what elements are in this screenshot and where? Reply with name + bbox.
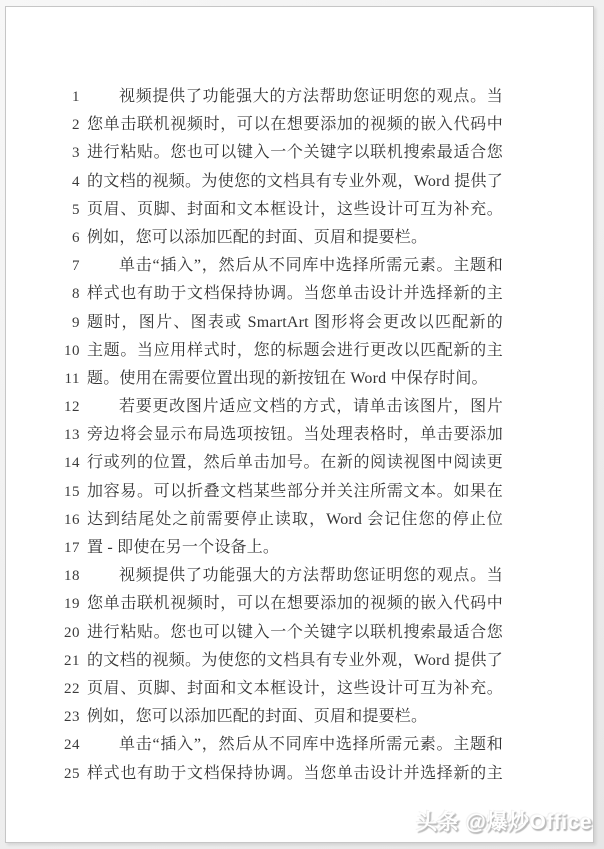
document-line: 23 例如，您可以添加匹配的封面、页眉和提要栏。 <box>6 703 593 731</box>
toutiao-watermark: 头条 @爆炒Office <box>416 806 592 836</box>
line-number: 10 <box>6 337 80 365</box>
line-text: 进行粘贴。您也可以键入一个关键字以联机搜索最适合您 <box>87 139 503 167</box>
line-number: 12 <box>6 393 80 421</box>
line-text: 主题。当应用样式时，您的标题会进行更改以匹配新的主 <box>87 337 503 365</box>
line-text: 进行粘贴。您也可以键入一个关键字以联机搜索最适合您 <box>87 619 503 647</box>
line-text: 样式也有助于文档保持协调。当您单击设计并选择新的主 <box>87 280 503 308</box>
document-line: 18 视频提供了功能强大的方法帮助您证明您的观点。当 <box>6 562 593 590</box>
line-number: 25 <box>6 760 80 788</box>
document-line: 11 题。使用在需要位置出现的新按钮在 Word 中保存时间。 <box>6 365 593 393</box>
document-line: 10 主题。当应用样式时，您的标题会进行更改以匹配新的主 <box>6 337 593 365</box>
line-number: 16 <box>6 506 80 534</box>
document-line: 9 题时，图片、图表或 SmartArt 图形将会更改以匹配新的 <box>6 309 593 337</box>
line-number: 19 <box>6 590 80 618</box>
line-number: 4 <box>6 168 80 196</box>
line-number: 13 <box>6 421 80 449</box>
document-line: 7 单击“插入”，然后从不同库中选择所需元素。主题和 <box>6 252 593 280</box>
document-line: 17 置 - 即使在另一个设备上。 <box>6 534 593 562</box>
line-number: 2 <box>6 111 80 139</box>
line-number: 3 <box>6 139 80 167</box>
line-text: 您单击联机视频时，可以在想要添加的视频的嵌入代码中 <box>87 111 503 139</box>
document-line: 22 页眉、页脚、封面和文本框设计，这些设计可互为补充。 <box>6 675 593 703</box>
document-line: 1 视频提供了功能强大的方法帮助您证明您的观点。当 <box>6 83 593 111</box>
document-line: 19 您单击联机视频时，可以在想要添加的视频的嵌入代码中 <box>6 590 593 618</box>
line-text: 若要更改图片适应文档的方式，请单击该图片，图片 <box>87 393 503 421</box>
document-line: 4 的文档的视频。为使您的文档具有专业外观，Word 提供了 <box>6 168 593 196</box>
document-line: 14 行或列的位置，然后单击加号。在新的阅读视图中阅读更 <box>6 449 593 477</box>
line-text: 页眉、页脚、封面和文本框设计，这些设计可互为补充。 <box>87 196 503 224</box>
line-number: 20 <box>6 619 80 647</box>
line-text: 单击“插入”，然后从不同库中选择所需元素。主题和 <box>87 252 503 280</box>
line-text: 您单击联机视频时，可以在想要添加的视频的嵌入代码中 <box>87 590 503 618</box>
line-text: 页眉、页脚、封面和文本框设计，这些设计可互为补充。 <box>87 675 503 703</box>
line-number: 9 <box>6 309 80 337</box>
document-line: 21 的文档的视频。为使您的文档具有专业外观，Word 提供了 <box>6 647 593 675</box>
line-text: 例如，您可以添加匹配的封面、页眉和提要栏。 <box>87 224 503 252</box>
line-text: 例如，您可以添加匹配的封面、页眉和提要栏。 <box>87 703 503 731</box>
line-number: 18 <box>6 562 80 590</box>
line-text: 旁边将会显示布局选项按钮。当处理表格时，单击要添加 <box>87 421 503 449</box>
line-text: 达到结尾处之前需要停止读取，Word 会记住您的停止位 <box>87 506 503 534</box>
line-text: 视频提供了功能强大的方法帮助您证明您的观点。当 <box>87 83 503 111</box>
line-number: 15 <box>6 478 80 506</box>
document-line: 16 达到结尾处之前需要停止读取，Word 会记住您的停止位 <box>6 506 593 534</box>
line-text: 的文档的视频。为使您的文档具有专业外观，Word 提供了 <box>87 647 503 675</box>
document-line: 20 进行粘贴。您也可以键入一个关键字以联机搜索最适合您 <box>6 619 593 647</box>
document-line: 13 旁边将会显示布局选项按钮。当处理表格时，单击要添加 <box>6 421 593 449</box>
document-line: 15 加容易。可以折叠文档某些部分并关注所需文本。如果在 <box>6 478 593 506</box>
document-line: 8 样式也有助于文档保持协调。当您单击设计并选择新的主 <box>6 280 593 308</box>
line-text: 行或列的位置，然后单击加号。在新的阅读视图中阅读更 <box>87 449 503 477</box>
line-text: 视频提供了功能强大的方法帮助您证明您的观点。当 <box>87 562 503 590</box>
line-number: 1 <box>6 83 80 111</box>
line-number: 14 <box>6 449 80 477</box>
line-text: 题时，图片、图表或 SmartArt 图形将会更改以匹配新的 <box>87 309 503 337</box>
line-number: 8 <box>6 280 80 308</box>
document-line: 2 您单击联机视频时，可以在想要添加的视频的嵌入代码中 <box>6 111 593 139</box>
document-line: 6 例如，您可以添加匹配的封面、页眉和提要栏。 <box>6 224 593 252</box>
line-number: 21 <box>6 647 80 675</box>
document-page: 1 视频提供了功能强大的方法帮助您证明您的观点。当 2 您单击联机视频时，可以在… <box>5 6 594 843</box>
line-text: 样式也有助于文档保持协调。当您单击设计并选择新的主 <box>87 760 503 788</box>
document-line: 25 样式也有助于文档保持协调。当您单击设计并选择新的主 <box>6 760 593 788</box>
line-text: 置 - 即使在另一个设备上。 <box>87 534 503 562</box>
line-number: 6 <box>6 224 80 252</box>
line-number: 5 <box>6 196 80 224</box>
line-number: 22 <box>6 675 80 703</box>
line-number: 23 <box>6 703 80 731</box>
line-text: 加容易。可以折叠文档某些部分并关注所需文本。如果在 <box>87 478 503 506</box>
document-line: 12 若要更改图片适应文档的方式，请单击该图片，图片 <box>6 393 593 421</box>
document-line: 3 进行粘贴。您也可以键入一个关键字以联机搜索最适合您 <box>6 139 593 167</box>
document-line: 24 单击“插入”，然后从不同库中选择所需元素。主题和 <box>6 731 593 759</box>
line-number: 24 <box>6 731 80 759</box>
line-number: 11 <box>6 365 80 393</box>
line-number: 17 <box>6 534 80 562</box>
line-text: 的文档的视频。为使您的文档具有专业外观，Word 提供了 <box>87 168 503 196</box>
document-lines-container: 1 视频提供了功能强大的方法帮助您证明您的观点。当 2 您单击联机视频时，可以在… <box>6 83 593 788</box>
app-background: 1 视频提供了功能强大的方法帮助您证明您的观点。当 2 您单击联机视频时，可以在… <box>0 0 604 849</box>
document-line: 5 页眉、页脚、封面和文本框设计，这些设计可互为补充。 <box>6 196 593 224</box>
line-text: 单击“插入”，然后从不同库中选择所需元素。主题和 <box>87 731 503 759</box>
line-text: 题。使用在需要位置出现的新按钮在 Word 中保存时间。 <box>87 365 503 393</box>
line-number: 7 <box>6 252 80 280</box>
